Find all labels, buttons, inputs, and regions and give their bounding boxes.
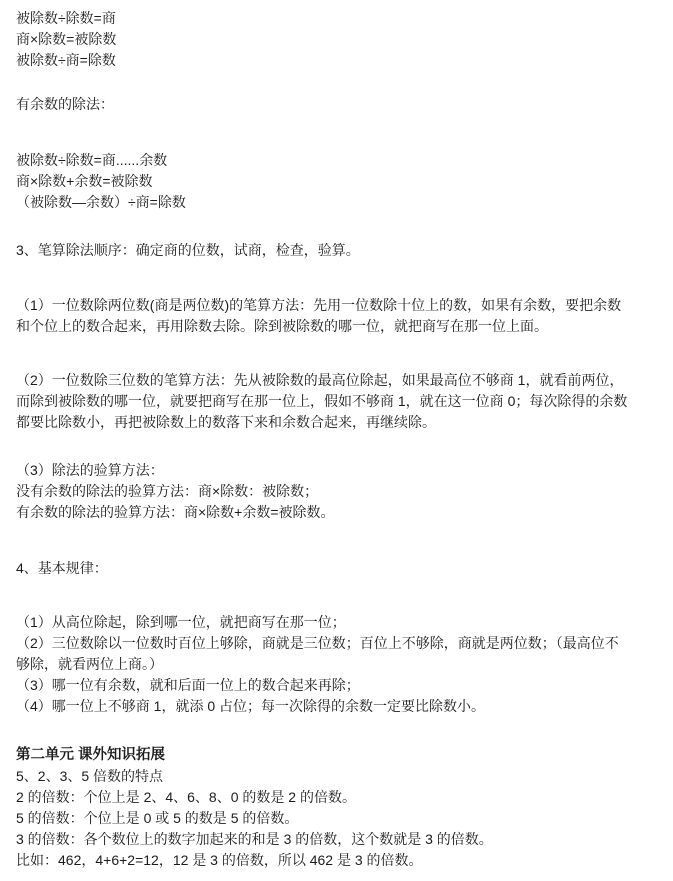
text-line: 第二单元 课外知识拓展 [16,745,659,766]
unit-2-heading: 第二单元 课外知识拓展 [16,745,659,766]
text-line: 3 的倍数：各个数位上的数字加起来的和是 3 的倍数，这个数就是 3 的倍数。 [16,829,659,850]
sub-3-check-method: （3）除法的验算方法：没有余数的除法的验算方法：商×除数：被除数；有余数的除法的… [16,460,659,523]
text-line: （3）哪一位有余数，就和后面一位上的数合起来再除； [16,675,659,696]
multiples-notes: 5、2、3、5 倍数的特点2 的倍数：个位上是 2、4、6、8、0 的数是 2 … [16,766,659,871]
text-line: （3）除法的验算方法： [16,460,659,481]
text-line: 被除数÷除数=商......余数 [16,150,659,171]
text-line: 和个位上的数合起来，再用除数去除。除到被除数的哪一位，就把商写在那一位上面。 [16,316,659,337]
text-line: （1）从高位除起，除到哪一位，就把商写在那一位； [16,612,659,633]
remainder-division-formulas: 被除数÷除数=商......余数商×除数+余数=被除数（被除数—余数）÷商=除数 [16,150,659,213]
basic-rules-list: （1）从高位除起，除到哪一位，就把商写在那一位；（2）三位数除以一位数时百位上够… [16,612,659,717]
text-line: 没有余数的除法的验算方法：商×除数：被除数； [16,481,659,502]
text-line: 被除数÷商=除数 [16,50,659,71]
text-line: 都要比除数小，再把被除数上的数落下来和余数合起来，再继续除。 [16,412,659,433]
text-line: 被除数÷除数=商 [16,8,659,29]
sub-2-three-digit-method: （2）一位数除三位数的笔算方法：先从被除数的最高位除起，如果最高位不够商 1，就… [16,370,659,433]
text-line: 2 的倍数：个位上是 2、4、6、8、0 的数是 2 的倍数。 [16,787,659,808]
text-line: 4、基本规律： [16,558,659,579]
text-line: （4）哪一位上不够商 1，就添 0 占位；每一次除得的余数一定要比除数小。 [16,696,659,717]
text-line: 有余数的除法： [16,94,659,115]
text-line: 比如：462，4+6+2=12，12 是 3 的倍数，所以 462 是 3 的倍… [16,850,659,871]
text-line: 3、笔算除法顺序：确定商的位数，试商，检查，验算。 [16,240,659,261]
text-line: 有余数的除法的验算方法：商×除数+余数=被除数。 [16,502,659,523]
text-line: （2）一位数除三位数的笔算方法：先从被除数的最高位除起，如果最高位不够商 1，就… [16,370,659,391]
text-line: 而除到被除数的哪一位，就要把商写在那一位上，假如不够商 1，就在这一位商 0；每… [16,391,659,412]
text-line: （2）三位数除以一位数时百位上够除，商就是三位数；百位上不够除，商就是两位数；（… [16,633,659,654]
item-4-basic-rules-label: 4、基本规律： [16,558,659,579]
text-line: 商×除数=被除数 [16,29,659,50]
item-3-written-division-order: 3、笔算除法顺序：确定商的位数，试商，检查，验算。 [16,240,659,261]
text-line: 商×除数+余数=被除数 [16,171,659,192]
text-line: 5、2、3、5 倍数的特点 [16,766,659,787]
text-line: （被除数—余数）÷商=除数 [16,192,659,213]
text-line: 5 的倍数：个位上是 0 或 5 的数是 5 的倍数。 [16,808,659,829]
text-line: 够除，就看两位上商。） [16,654,659,675]
sub-1-two-digit-method: （1）一位数除两位数(商是两位数)的笔算方法：先用一位数除十位上的数，如果有余数… [16,295,659,337]
document-body: 被除数÷除数=商商×除数=被除数被除数÷商=除数有余数的除法：被除数÷除数=商.… [0,0,673,871]
division-formulas: 被除数÷除数=商商×除数=被除数被除数÷商=除数 [16,8,659,71]
document-page: 被除数÷除数=商商×除数=被除数被除数÷商=除数有余数的除法：被除数÷除数=商.… [0,0,673,881]
remainder-division-label: 有余数的除法： [16,94,659,115]
text-line: （1）一位数除两位数(商是两位数)的笔算方法：先用一位数除十位上的数，如果有余数… [16,295,659,316]
